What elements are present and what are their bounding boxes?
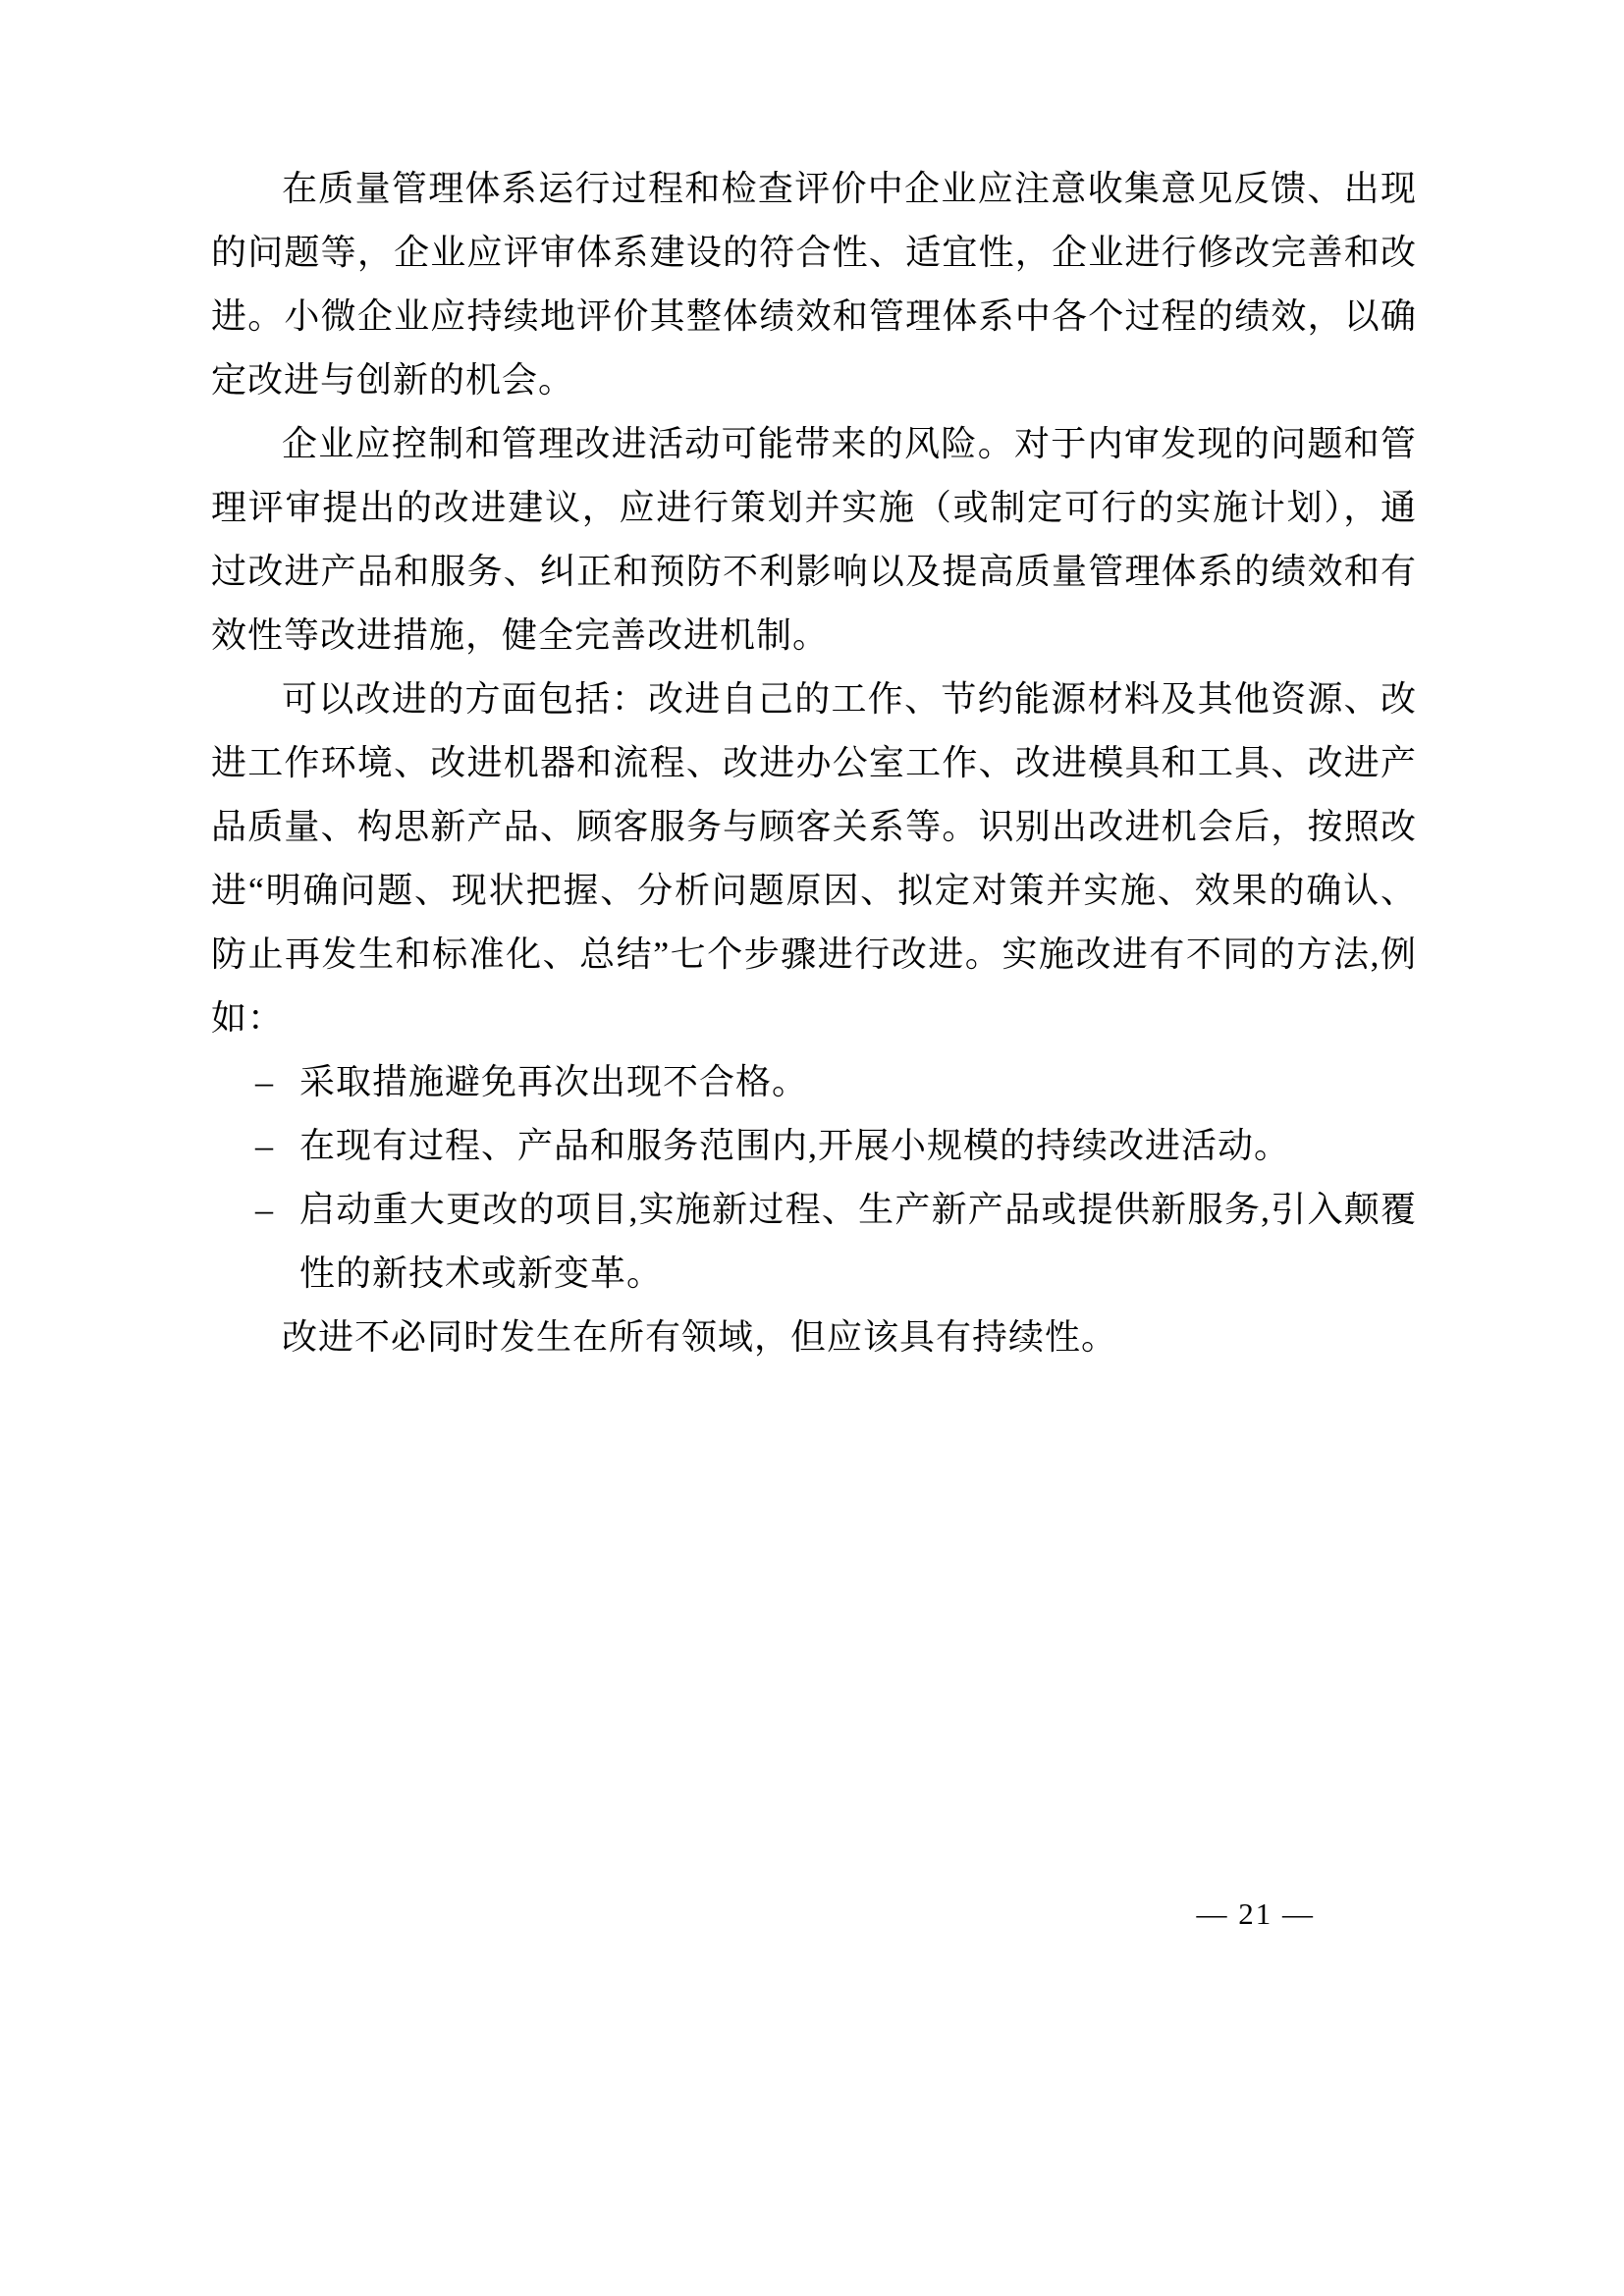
document-page: 在质量管理体系运行过程和检查评价中企业应注意收集意见反馈、出现的问题等，企业应评… [0,0,1624,2296]
list-item: – 启动重大更改的项目,实施新过程、生产新产品或提供新服务,引入颠覆性的新技术或… [211,1178,1417,1306]
dash-bullet-icon: – [255,1050,274,1114]
list-item-text: 启动重大更改的项目,实施新过程、生产新产品或提供新服务,引入颠覆性的新技术或新变… [299,1190,1417,1293]
page-number: — 21 — [1197,1895,1316,1934]
paragraph-closing-note: 改进不必同时发生在所有领域，但应该具有持续性。 [211,1306,1417,1369]
list-item-text: 在现有过程、产品和服务范围内,开展小规模的持续改进活动。 [299,1126,1290,1165]
paragraph-improvement-areas: 可以改进的方面包括：改进自己的工作、节约能源材料及其他资源、改进工作环境、改进机… [211,667,1417,1050]
list-item: – 采取措施避免再次出现不合格。 [211,1050,1417,1114]
paragraph-improvement-risk-control: 企业应控制和管理改进活动可能带来的风险。对于内审发现的问题和管理评审提出的改进建… [211,412,1417,667]
paragraph-quality-system-review: 在质量管理体系运行过程和检查评价中企业应注意收集意见反馈、出现的问题等，企业应评… [211,157,1417,412]
document-body: 在质量管理体系运行过程和检查评价中企业应注意收集意见反馈、出现的问题等，企业应评… [211,157,1417,1369]
list-item: – 在现有过程、产品和服务范围内,开展小规模的持续改进活动。 [211,1114,1417,1178]
list-item-text: 采取措施避免再次出现不合格。 [299,1062,808,1101]
dash-bullet-icon: – [255,1114,274,1178]
dash-bullet-icon: – [255,1178,274,1242]
improvement-methods-list: – 采取措施避免再次出现不合格。 – 在现有过程、产品和服务范围内,开展小规模的… [211,1050,1417,1306]
